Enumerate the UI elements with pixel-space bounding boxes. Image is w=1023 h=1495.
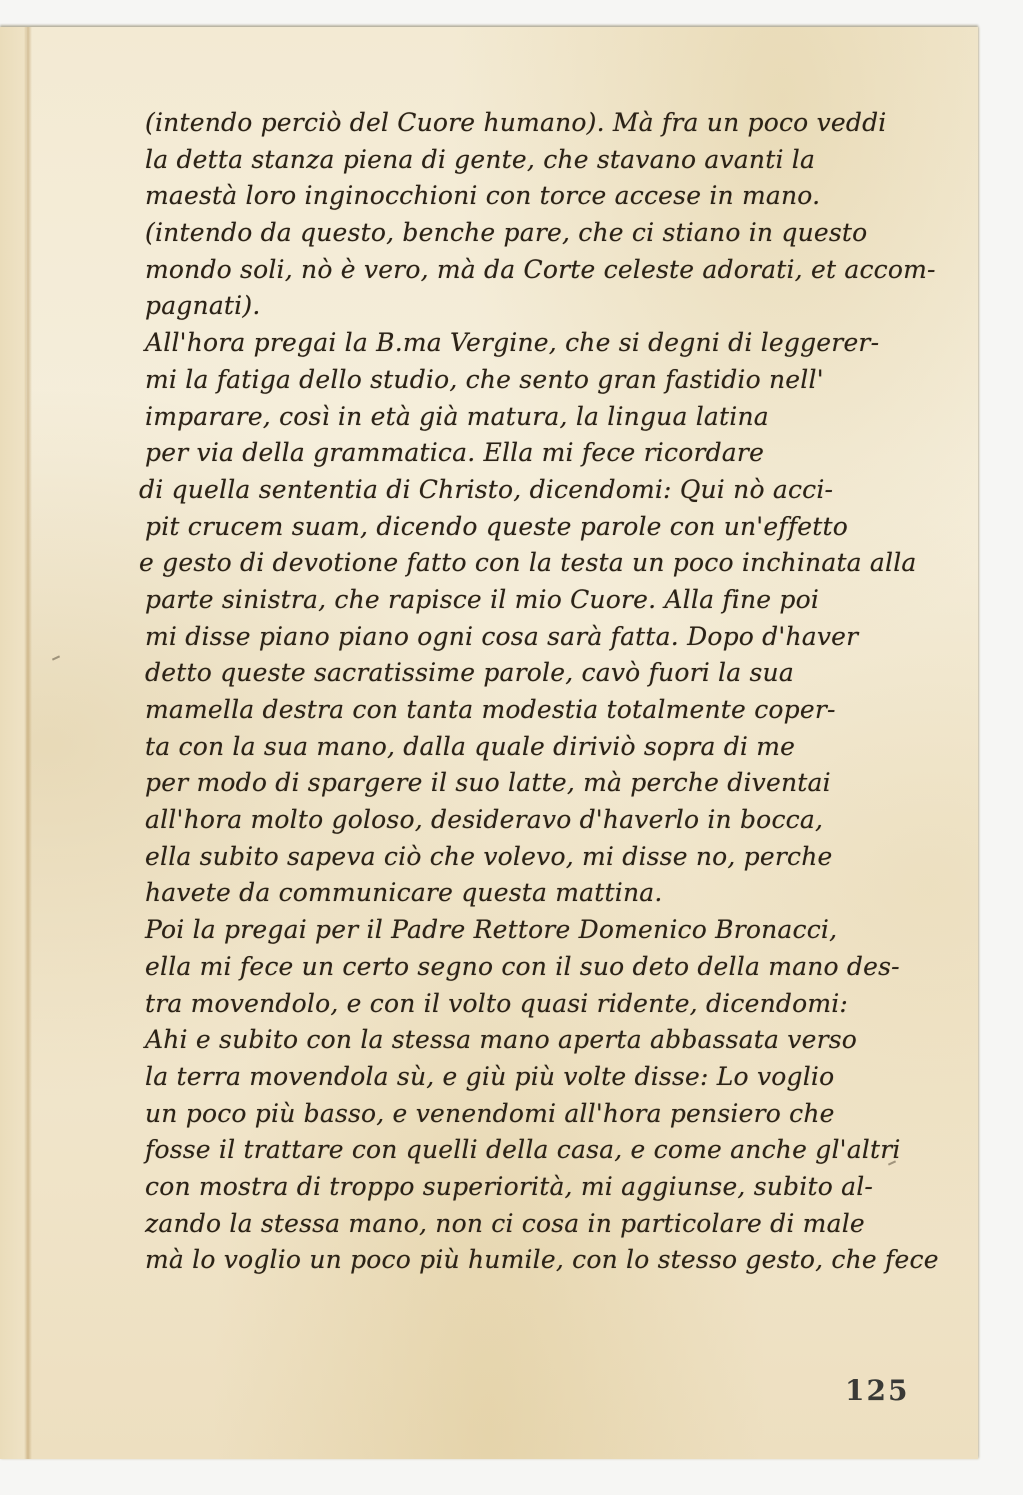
text-line: la terra movendola sù, e giù più volte d… [145,1059,890,1096]
text-line: mà lo voglio un poco più humile, con lo … [145,1242,890,1279]
text-line: per modo di spargere il suo latte, mà pe… [145,765,890,802]
text-line: di quella sententia di Christo, dicendom… [139,472,890,509]
facing-page-edge [0,27,26,1459]
manuscript-page: (intendo perciò del Cuore humano). Mà fr… [0,27,978,1459]
text-line: ella subito sapeva ciò che volevo, mi di… [145,839,890,876]
text-line: imparare, così in età già matura, la lin… [145,399,890,436]
text-line: tra movendolo, e con il volto quasi ride… [145,986,890,1023]
text-line: la detta stanza piena di gente, che stav… [145,142,890,179]
text-line: un poco più basso, e venendomi all'hora … [145,1096,890,1133]
text-line: ella mi fece un certo segno con il suo d… [145,949,890,986]
ink-blemish [52,655,60,660]
text-line: mondo soli, nò è vero, mà da Corte celes… [145,252,890,289]
text-line: mi disse piano piano ogni cosa sarà fatt… [145,619,890,656]
text-line: pagnati). [145,288,890,325]
handwritten-text-block: (intendo perciò del Cuore humano). Mà fr… [145,105,890,1279]
text-line: ta con la sua mano, dalla quale diriviò … [145,729,890,766]
text-line: Ahi e subito con la stessa mano aperta a… [145,1022,890,1059]
page-number: 125 [845,1374,909,1407]
text-line: e gesto di devotione fatto con la testa … [139,545,890,582]
text-line: havete da communicare questa mattina. [145,875,890,912]
text-line: mi la fatiga dello studio, che sento gra… [145,362,890,399]
text-line: pit crucem suam, dicendo queste parole c… [145,509,890,546]
binding-fold [24,27,32,1459]
text-line: fosse il trattare con quelli della casa,… [145,1132,890,1169]
text-line: (intendo da questo, benche pare, che ci … [145,215,890,252]
text-line: per via della grammatica. Ella mi fece r… [145,435,890,472]
text-line: zando la stessa mano, non ci cosa in par… [145,1206,890,1243]
text-line: Poi la pregai per il Padre Rettore Domen… [145,912,890,949]
text-line: con mostra di troppo superiorità, mi agg… [145,1169,890,1206]
text-line: mamella destra con tanta modestia totalm… [145,692,890,729]
text-line: maestà loro inginocchioni con torce acce… [145,178,890,215]
text-line: all'hora molto goloso, desideravo d'have… [145,802,890,839]
text-line: All'hora pregai la B.ma Vergine, che si … [145,325,890,362]
text-line: parte sinistra, che rapisce il mio Cuore… [145,582,890,619]
text-line: detto queste sacratissime parole, cavò f… [145,655,890,692]
text-line: (intendo perciò del Cuore humano). Mà fr… [145,105,890,142]
